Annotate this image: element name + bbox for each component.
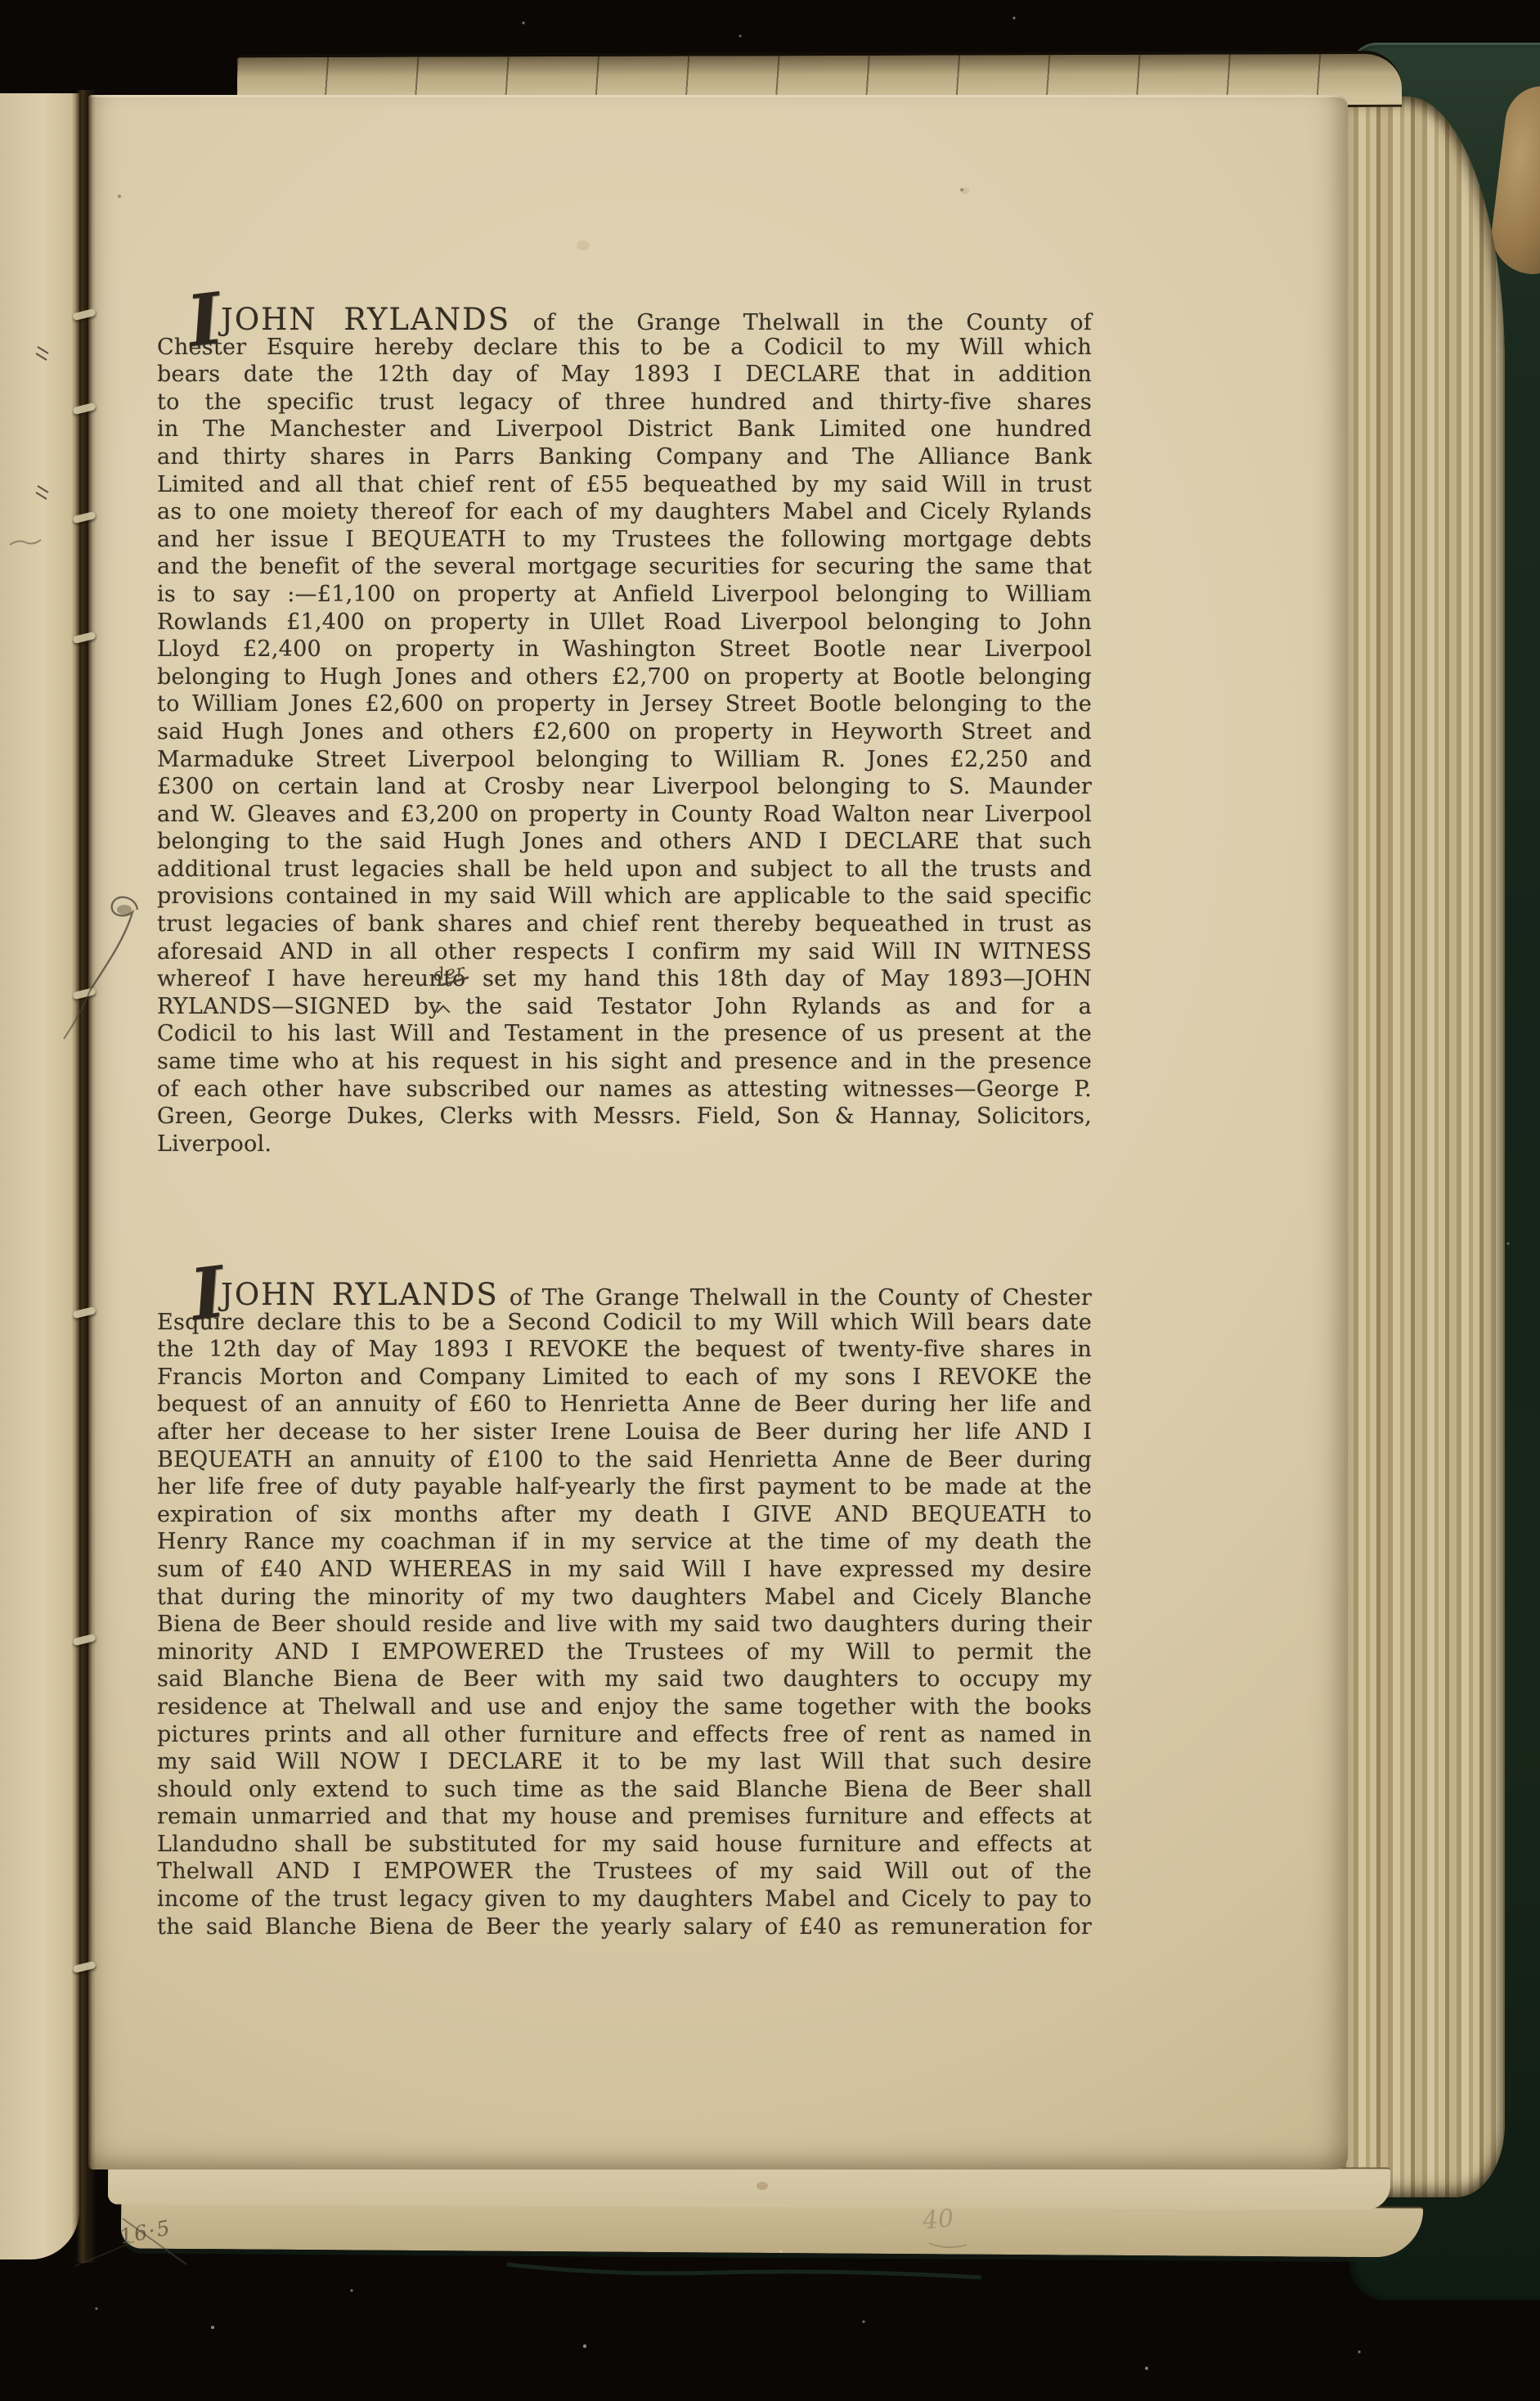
text-fragment: of The Grange Thelwall in the County of … <box>510 1285 1092 1311</box>
text-line: RYLANDS—SIGNED by the said Testator John… <box>157 993 1092 1021</box>
stitch-knot <box>72 308 96 321</box>
text-line: JOHN RYLANDS of The Grange Thelwall in t… <box>157 1281 1092 1309</box>
page: I JOHN RYLANDS of the Grange Thelwall in… <box>88 95 1348 2169</box>
text-line: in The Manchester and Liverpool District… <box>157 416 1092 443</box>
text-line: Esquire declare this to be a Second Codi… <box>157 1309 1092 1337</box>
text-line: that during the minority of my two daugh… <box>157 1584 1092 1612</box>
text-line: additional trust legacies shall be held … <box>157 856 1092 884</box>
text-line: Limited and all that chief rent of £55 b… <box>157 471 1092 499</box>
text-line: Thelwall AND I EMPOWER the Trustees of m… <box>157 1858 1092 1886</box>
codicil-2-body: Esquire declare this to be a Second Codi… <box>157 1309 1092 1941</box>
text-line: Francis Morton and Company Limited to ea… <box>157 1364 1092 1392</box>
dropcap-initial: I <box>185 295 223 347</box>
codicil-2-paragraph: I JOHN RYLANDS of The Grange Thelwall in… <box>157 1281 1092 1940</box>
text-line: belonging to Hugh Jones and others £2,70… <box>157 663 1092 691</box>
testator-name: JOHN RYLANDS <box>221 302 510 337</box>
text-line: the said Blanche Biena de Beer the yearl… <box>157 1913 1092 1941</box>
text-line: and thirty shares in Parrs Banking Compa… <box>157 443 1092 471</box>
text-line-hereunto: whereof I have hereuntoder set my hand t… <box>157 965 1092 993</box>
text-line: Biena de Beer should reside and live wit… <box>157 1611 1092 1639</box>
text-line: pictures prints and all other furniture … <box>157 1721 1092 1749</box>
pencil-mark-bottom-right: 40 <box>922 2204 955 2235</box>
text-line: should only extend to such time as the s… <box>157 1776 1092 1804</box>
text-line: Codicil to his last Will and Testament i… <box>157 1020 1092 1048</box>
text-line: Chester Esquire hereby declare this to b… <box>157 334 1092 362</box>
codicil-1-paragraph: I JOHN RYLANDS of the Grange Thelwall in… <box>157 306 1092 1158</box>
stitch-knot <box>72 987 96 1000</box>
text-line: minority AND I EMPOWERED the Trustees of… <box>157 1639 1092 1666</box>
testator-name: JOHN RYLANDS <box>221 1277 499 1312</box>
text-line: said Blanche Biena de Beer with my said … <box>157 1666 1092 1693</box>
text-line: expiration of six months after my death … <box>157 1501 1092 1529</box>
text-line: the 12th day of May 1893 I REVOKE the be… <box>157 1336 1092 1364</box>
text-line: said Hugh Jones and others £2,600 on pro… <box>157 718 1092 746</box>
text-line: to the specific trust legacy of three hu… <box>157 389 1092 416</box>
stitch-knot <box>72 1306 96 1320</box>
left-page-edge <box>0 93 79 2259</box>
text-line: Green, George Dukes, Clerks with Messrs.… <box>157 1103 1092 1131</box>
text-line: her life free of duty payable half-yearl… <box>157 1473 1092 1501</box>
text-line: aforesaid AND in all other respects I co… <box>157 938 1092 966</box>
text-line: of each other have subscribed our names … <box>157 1076 1092 1104</box>
stitch-knot <box>72 402 96 416</box>
text-line: income of the trust legacy given to my d… <box>157 1886 1092 1913</box>
text-line: Henry Rance my coachman if in my service… <box>157 1528 1092 1556</box>
stitch-knot <box>72 1961 96 1974</box>
text-line: Liverpool. <box>157 1131 1092 1158</box>
text-line: to William Jones £2,600 on property in J… <box>157 690 1092 718</box>
text-line: Lloyd £2,400 on property in Washington S… <box>157 636 1092 663</box>
stitch-knot <box>72 511 96 524</box>
text-line: Rowlands £1,400 on property in Ullet Roa… <box>157 609 1092 636</box>
text-line: sum of £40 AND WHEREAS in my said Will I… <box>157 1556 1092 1584</box>
text-fragment: of the Grange Thelwall in the County of <box>533 310 1092 335</box>
stitch-knot <box>72 632 96 645</box>
dropcap-initial: I <box>188 1268 227 1320</box>
text-line: as to one moiety thereof for each of my … <box>157 498 1092 526</box>
binding-gutter <box>76 90 96 2263</box>
stitch-knot <box>72 1634 96 1647</box>
text-line: provisions contained in my said Will whi… <box>157 883 1092 910</box>
text-line: after her decease to her sister Irene Lo… <box>157 1419 1092 1446</box>
text-line: is to say :—£1,100 on property at Anfiel… <box>157 581 1092 609</box>
cloth-sheen <box>507 2264 981 2277</box>
text-line: residence at Thelwall and use and enjoy … <box>157 1693 1092 1721</box>
text-line: JOHN RYLANDS of the Grange Thelwall in t… <box>157 306 1092 334</box>
text-line: and W. Gleaves and £3,200 on property in… <box>157 801 1092 829</box>
book-scan: I JOHN RYLANDS of the Grange Thelwall in… <box>0 0 1540 2401</box>
text-line: BEQUEATH an annuity of £100 to the said … <box>157 1446 1092 1474</box>
text-line: remain unmarried and that my house and p… <box>157 1803 1092 1831</box>
handwritten-correction: der <box>431 957 467 989</box>
text-line: Llandudno shall be substituted for my sa… <box>157 1831 1092 1859</box>
text-fragment: set my hand this 18th day of May 1893—JO… <box>483 966 1092 991</box>
text-line: Marmaduke Street Liverpool belonging to … <box>157 746 1092 774</box>
text-line: bequest of an annuity of £60 to Henriett… <box>157 1391 1092 1419</box>
text-line: and the benefit of the several mortgage … <box>157 553 1092 581</box>
text-line: trust legacies of bank shares and chief … <box>157 910 1092 938</box>
right-page-stack <box>1331 97 1505 2197</box>
text-line: and her issue I BEQUEATH to my Trustees … <box>157 526 1092 554</box>
text-fragment: whereof I have hereun <box>157 966 443 991</box>
text-line: same time who at his request in his sigh… <box>157 1048 1092 1076</box>
text-line: my said Will NOW I DECLARE it to be my l… <box>157 1748 1092 1776</box>
text-line: bears date the 12th day of May 1893 I DE… <box>157 361 1092 389</box>
text-line: belonging to the said Hugh Jones and oth… <box>157 828 1092 856</box>
text-line: £300 on certain land at Crosby near Live… <box>157 773 1092 801</box>
codicil-1-body: Chester Esquire hereby declare this to b… <box>157 334 1092 966</box>
codicil-1-attestation: RYLANDS—SIGNED by the said Testator John… <box>157 993 1092 1131</box>
